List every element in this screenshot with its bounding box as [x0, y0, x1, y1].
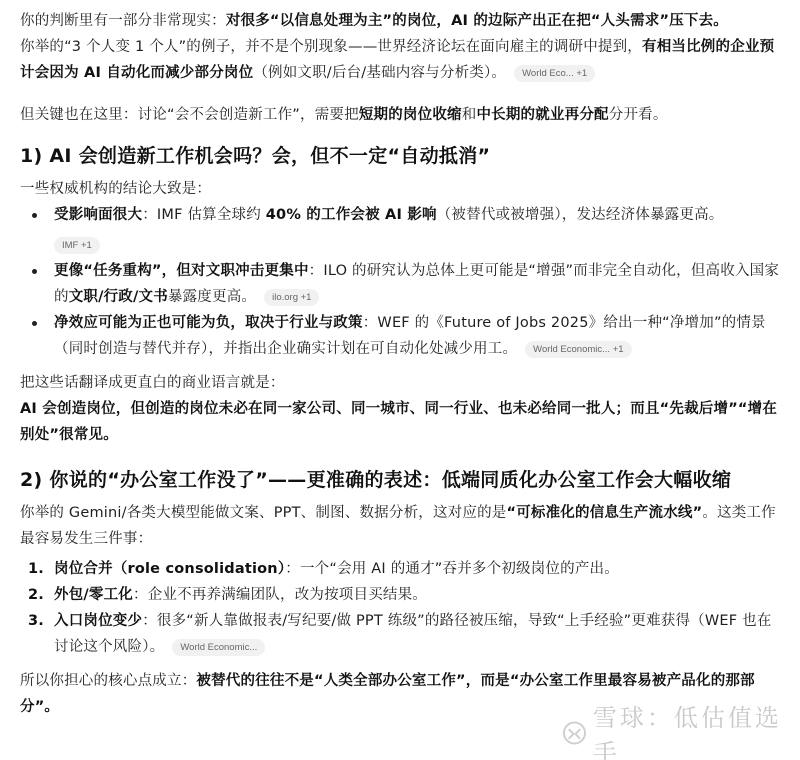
key-point-emphasis-long: 中长期的就业再分配 — [476, 107, 608, 123]
item-text: ：企业不再养满编团队，改为按项目买结果。 — [133, 587, 427, 603]
key-point-text-end: 分开看。 — [609, 107, 668, 123]
article-content: 你的判断里有一部分非常现实：对很多“以信息处理为主”的岗位，AI 的边际产出正在… — [20, 0, 780, 720]
bullet-emphasis: 40% 的工作会被 AI 影响 — [266, 207, 437, 223]
item-title: 岗位合并（role consolidation） — [54, 561, 285, 577]
section1-lead: 一些权威机构的结论大致是： — [20, 176, 780, 202]
intro-text: 你的判断里有一部分非常现实： — [20, 13, 226, 29]
numbered-item: 2. 外包/零工化：企业不再养满编团队，改为按项目买结果。 — [20, 582, 780, 608]
item-number: 3. — [28, 608, 44, 634]
section2-numbered-list: 1. 岗位合并（role consolidation）：一个“会用 AI 的通才… — [20, 556, 780, 660]
key-point-text: 但关键也在这里：讨论“会不会创造新工作”，需要把 — [20, 107, 359, 123]
intro-tail: （例如文职/后台/基础内容与分析类）。 — [253, 65, 506, 81]
key-point-emphasis-short: 短期的岗位收缩 — [359, 107, 462, 123]
section2-lead-text: 你举的 Gemini/各类大模型能做文案、PPT、制图、数据分析，这对应的是 — [20, 505, 506, 521]
watermark-text: 雪球：低估值选手 — [593, 698, 800, 760]
bullet-dot-icon — [32, 321, 37, 326]
watermark: 雪球：低估值选手 — [562, 718, 800, 748]
item-title: 入口岗位变少 — [54, 613, 142, 629]
intro-text-2: 你举的“3 个人变 1 个人”的例子，并不是个别现象——世界经济论坛在面向雇主的… — [20, 39, 642, 55]
source-chip-ilo[interactable]: ilo.org +1 — [264, 289, 319, 306]
item-text: ：一个“会用 AI 的通才”吞并多个初级岗位的产出。 — [285, 561, 619, 577]
bullet-title: 受影响面很大 — [54, 207, 142, 223]
source-chip-wef[interactable]: World Eco... +1 — [514, 65, 595, 82]
conclusion-text: 所以你担心的核心点成立： — [20, 673, 196, 689]
bullet-title: 更像“任务重构”，但对文职冲击更集中 — [54, 263, 309, 279]
bullet-title: 净效应可能为正也可能为负，取决于行业与政策 — [54, 315, 363, 331]
bullet-text: ：IMF 估算全球约 — [142, 207, 266, 223]
bullet-text-tail: （被替代或被增强），发达经济体暴露更高。 — [437, 207, 724, 223]
numbered-item: 3. 入口岗位变少：很多“新人靠做报表/写纪要/做 PPT 练级”的路径被压缩，… — [20, 608, 780, 660]
item-number: 1. — [28, 556, 44, 582]
item-number: 2. — [28, 582, 44, 608]
section2-lead-emphasis: “可标准化的信息生产流水线” — [506, 505, 702, 521]
bullet-emphasis: 文职/行政/文书 — [69, 289, 168, 305]
bullet-item: 受影响面很大：IMF 估算全球约 40% 的工作会被 AI 影响（被替代或被增强… — [20, 202, 780, 258]
bullet-dot-icon — [32, 213, 37, 218]
section1-heading: 1) AI 会创造新工作机会吗？会，但不一定“自动抵消” — [20, 142, 780, 170]
translate-lead: 把这些话翻译成更直白的商业语言就是： — [20, 370, 780, 396]
source-chip-wef[interactable]: World Economic... — [172, 639, 265, 656]
bullet-text-tail: 暴露度更高。 — [168, 289, 256, 305]
bullet-item: 更像“任务重构”，但对文职冲击更集中：ILO 的研究认为总体上更可能是“增强”而… — [20, 258, 780, 310]
translate-summary: AI 会创造岗位，但创造的岗位未必在同一家公司、同一城市、同一行业、也未必给同一… — [20, 396, 780, 448]
section2-heading: 2) 你说的“办公室工作没了”——更准确的表述：低端同质化办公室工作会大幅收缩 — [20, 466, 780, 494]
numbered-item: 1. 岗位合并（role consolidation）：一个“会用 AI 的通才… — [20, 556, 780, 582]
section2-lead: 你举的 Gemini/各类大模型能做文案、PPT、制图、数据分析，这对应的是“可… — [20, 500, 780, 552]
intro-paragraph: 你的判断里有一部分非常现实：对很多“以信息处理为主”的岗位，AI 的边际产出正在… — [20, 8, 780, 86]
translate-summary-bold: AI 会创造岗位，但创造的岗位未必在同一家公司、同一城市、同一行业、也未必给同一… — [20, 401, 777, 443]
source-chip-wef[interactable]: World Economic... +1 — [525, 341, 631, 358]
chip-row: IMF +1 — [54, 232, 780, 258]
xueqiu-logo-icon — [562, 720, 587, 746]
section1-bullet-list: 受影响面很大：IMF 估算全球约 40% 的工作会被 AI 影响（被替代或被增强… — [20, 202, 780, 362]
key-point-paragraph: 但关键也在这里：讨论“会不会创造新工作”，需要把短期的岗位收缩和中长期的就业再分… — [20, 102, 780, 128]
item-title: 外包/零工化 — [54, 587, 133, 603]
bullet-item: 净效应可能为正也可能为负，取决于行业与政策：WEF 的《Future of Jo… — [20, 310, 780, 362]
bullet-dot-icon — [32, 269, 37, 274]
intro-emphasis: 对很多“以信息处理为主”的岗位，AI 的边际产出正在把“人头需求”压下去。 — [226, 13, 728, 29]
source-chip-imf[interactable]: IMF +1 — [54, 237, 100, 254]
item-text: ：很多“新人靠做报表/写纪要/做 PPT 练级”的路径被压缩，导致“上手经验”更… — [54, 613, 772, 655]
key-point-text-and: 和 — [462, 107, 477, 123]
